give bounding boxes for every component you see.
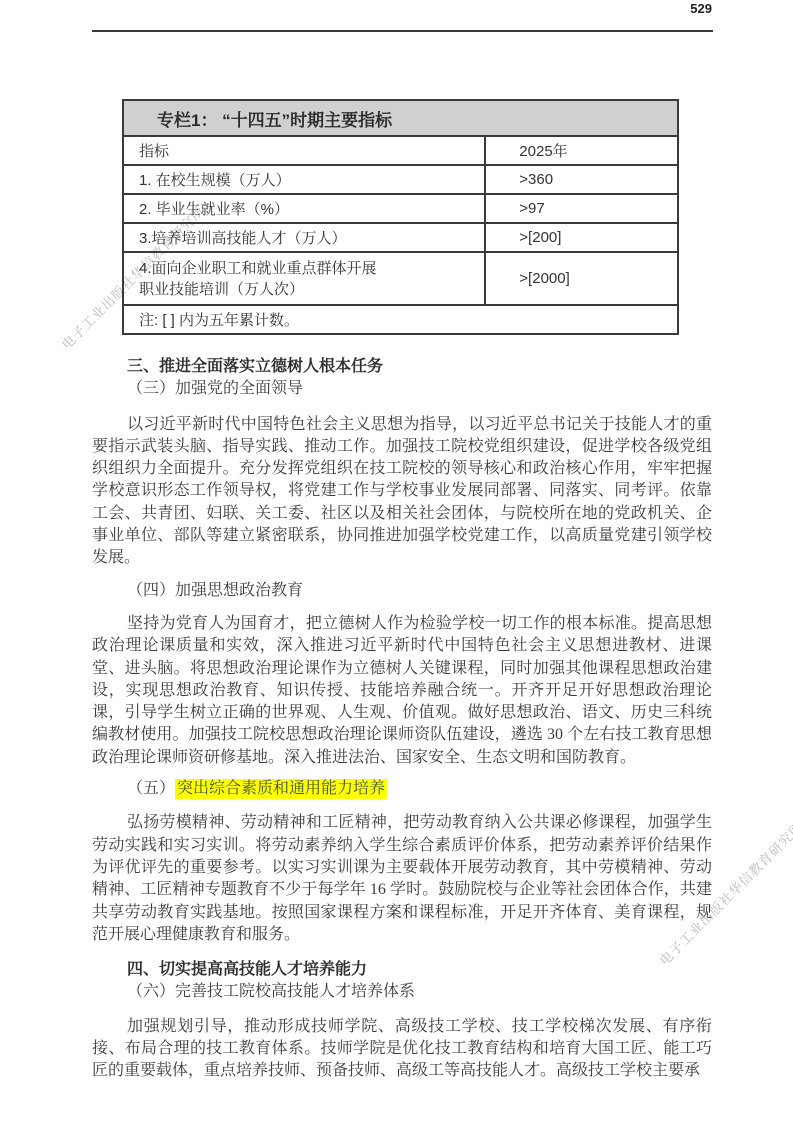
paragraph-ideology: 坚持为党育人为国育才，把立德树人作为检验学校一切工作的根本标准。提高思想政治理论…	[92, 613, 712, 769]
indicators-table: 专栏1： “十四五”时期主要指标 指标 2025年 1. 在校生规模（万人） >…	[122, 99, 679, 335]
indicator-enrollment-value: >360	[485, 165, 678, 194]
indicator-enrollment-label: 1. 在校生规模（万人）	[123, 165, 485, 194]
sub-heading-5: （五）突出综合素质和通用能力培养	[92, 778, 712, 800]
section-heading-4: 四、切实提高高技能人才培养能力	[92, 959, 712, 981]
sub-heading-5-highlight: 突出综合素质和通用能力培养	[175, 779, 387, 799]
document-page: 529 电子工业出版社华信教育研究所 电子工业出版社华信教育研究所 专栏1： “…	[0, 0, 793, 1122]
sub-heading-6: （六）完善技工院校高技能人才培养体系	[92, 981, 712, 1003]
indicator-vocational-training-value: >[2000]	[485, 252, 678, 305]
table-header-indicator: 指标	[123, 136, 485, 165]
page-number: 529	[690, 1, 712, 16]
table-title: 专栏1： “十四五”时期主要指标	[123, 100, 678, 136]
indicator-skilled-talent-value: >[200]	[485, 223, 678, 252]
sub-heading-5-prefix: （五）	[127, 780, 175, 797]
table-row: 3.培养培训高技能人才（万人） >[200]	[123, 223, 678, 252]
indicator-skilled-talent-label: 3.培养培训高技能人才（万人）	[123, 223, 485, 252]
indicator-employment-label: 2. 毕业生就业率（%）	[123, 194, 485, 223]
table-row: 2. 毕业生就业率（%） >97	[123, 194, 678, 223]
indicator-employment-value: >97	[485, 194, 678, 223]
paragraph-party-leadership: 以习近平新时代中国特色社会主义思想为指导，以习近平总书记关于技能人才的重要指示武…	[92, 414, 712, 570]
document-body: 三、推进全面落实立德树人根本任务 （三）加强党的全面领导 以习近平新时代中国特色…	[92, 356, 712, 1083]
header-rule	[92, 30, 713, 32]
section-heading-3: 三、推进全面落实立德树人根本任务	[92, 356, 712, 378]
table-header-year: 2025年	[485, 136, 678, 165]
paragraph-comprehensive-quality: 弘扬劳模精神、劳动精神和工匠精神，把劳动教育纳入公共课必修课程，加强学生劳动实践…	[92, 812, 712, 946]
table-row: 4.面向企业职工和就业重点群体开展 职业技能培训（万人次） >[2000]	[123, 252, 678, 305]
paragraph-training-system: 加强规划引导，推动形成技师学院、高级技工学校、技工学校梯次发展、有序衔接、布局合…	[92, 1016, 712, 1083]
sub-heading-3: （三）加强党的全面领导	[92, 378, 712, 400]
table-row: 1. 在校生规模（万人） >360	[123, 165, 678, 194]
table-note: 注: [ ] 内为五年累计数。	[123, 305, 678, 334]
indicator-vocational-training-label: 4.面向企业职工和就业重点群体开展 职业技能培训（万人次）	[123, 252, 485, 305]
sub-heading-4: （四）加强思想政治教育	[92, 580, 712, 602]
